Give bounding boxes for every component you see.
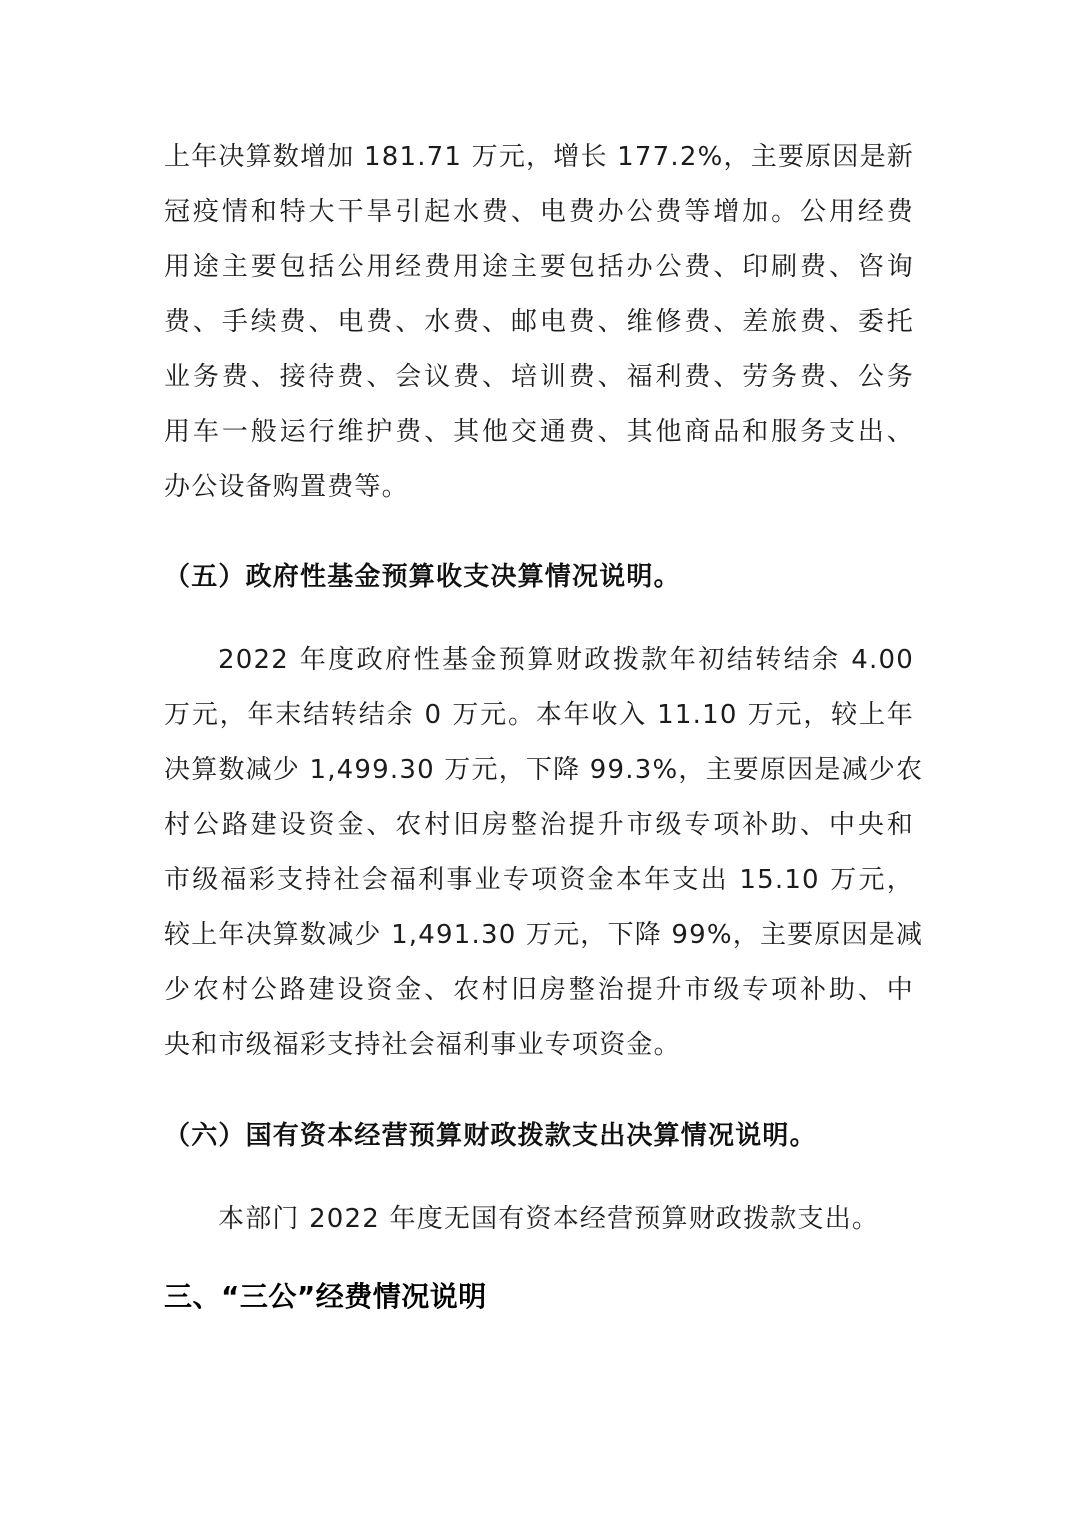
text-line: 村公路建设资金、农村旧房整治提升市级专项补助、中央和 [164, 808, 914, 842]
text-line: 费、手续费、电费、水费、邮电费、维修费、差旅费、委托 [164, 305, 914, 339]
text-line: 用途主要包括公用经费用途主要包括办公费、印刷费、咨询 [164, 250, 914, 284]
text-line: 较上年决算数减少 1,491.30 万元，下降 99%，主要原因是减 [164, 918, 914, 952]
section-three-heading: 三、“三公”经费情况说明 [164, 1279, 487, 1315]
text-line: 冠疫情和特大干旱引起水费、电费办公费等增加。公用经费 [164, 195, 914, 229]
section-5-heading: （五）政府性基金预算收支决算情况说明。 [164, 560, 681, 594]
text-line: 2022 年度政府性基金预算财政拨款年初结转结余 4.00 [218, 643, 914, 677]
text-line: 办公设备购置费等。 [164, 470, 914, 504]
text-line: 决算数减少 1,499.30 万元，下降 99.3%，主要原因是减少农 [164, 753, 914, 787]
text-line: 万元，年末结转结余 0 万元。本年收入 11.10 万元，较上年 [164, 698, 914, 732]
text-line: 上年决算数增加 181.71 万元，增长 177.2%，主要原因是新 [164, 140, 914, 174]
text-line: 少农村公路建设资金、农村旧房整治提升市级专项补助、中 [164, 973, 914, 1007]
text-line: 用车一般运行维护费、其他交通费、其他商品和服务支出、 [164, 415, 914, 449]
document-page: 上年决算数增加 181.71 万元，增长 177.2%，主要原因是新 冠疫情和特… [0, 0, 1074, 1520]
section-6-heading: （六）国有资本经营预算财政拨款支出决算情况说明。 [164, 1119, 817, 1153]
text-line: 央和市级福彩支持社会福利事业专项资金。 [164, 1028, 914, 1062]
text-line: 市级福彩支持社会福利事业专项资金本年支出 15.10 万元， [164, 863, 914, 897]
text-line: 业务费、接待费、会议费、培训费、福利费、劳务费、公务 [164, 360, 914, 394]
text-line: 本部门 2022 年度无国有资本经营预算财政拨款支出。 [218, 1202, 914, 1236]
